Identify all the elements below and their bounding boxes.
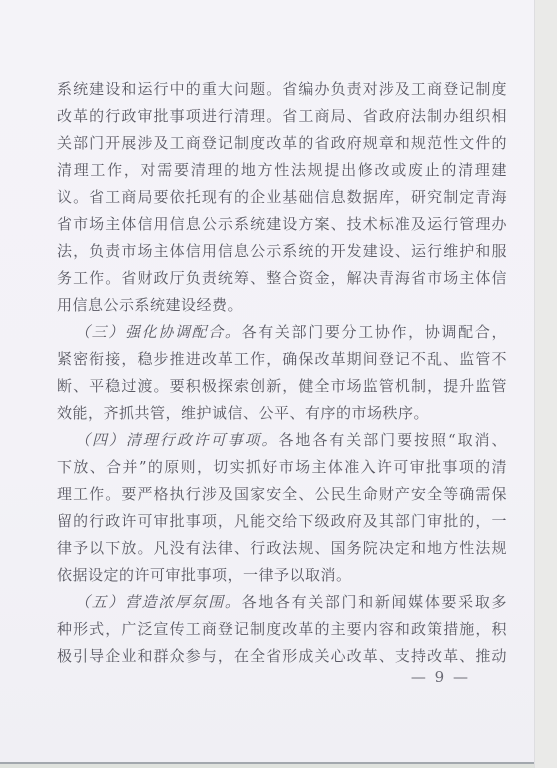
- section-text: 各地各有关部门要按照“取消、: [278, 431, 507, 449]
- section-heading: （三）强化协调配合。: [75, 323, 242, 341]
- text-line: （三）强化协调配合。各有关部门要分工协作，协调配合，: [57, 319, 507, 346]
- text-line: 留的行政许可审批事项，凡能交给下级政府及其部门审批的，一: [57, 508, 507, 535]
- text-line: 改革的行政审批事项进行清理。省工商局、省政府法制办组织相: [57, 103, 507, 130]
- paragraph-section-3: （三）强化协调配合。各有关部门要分工协作，协调配合， 紧密衔接，稳步推进改革工作…: [57, 319, 507, 427]
- text-line: 清理工作，对需要清理的地方性法规提出修改或废止的清理建: [57, 157, 507, 184]
- text-line: 议。省工商局要依托现有的企业基础信息数据库，研究制定青海: [57, 184, 507, 211]
- text-line: 种形式，广泛宣传工商登记制度改革的主要内容和政策措施，积: [57, 616, 507, 643]
- text-line: 效能，齐抓共管，维护诚信、公平、有序的市场秩序。: [57, 400, 507, 427]
- text-line: （四）清理行政许可事项。各地各有关部门要按照“取消、: [57, 427, 507, 454]
- text-line: 依据设定的许可审批事项，一律予以取消。: [57, 562, 507, 589]
- section-text: 各有关部门要分工协作，协调配合，: [242, 323, 507, 341]
- section-heading: （五）营造浓厚氛围。: [75, 593, 242, 611]
- document-text: 系统建设和运行中的重大问题。省编办负责对涉及工商登记制度 改革的行政审批事项进行…: [57, 76, 507, 670]
- page-number: — 9 —: [0, 668, 534, 686]
- text-line: 用信息公示系统建设经费。: [57, 292, 507, 319]
- scanner-background-right: [534, 0, 557, 768]
- text-line: 省市场主体信用信息公示系统建设方案、技术标准及运行管理办: [57, 211, 507, 238]
- text-line: 极引导企业和群众参与，在全省形成关心改革、支持改革、推动: [57, 643, 507, 670]
- paragraph-continuation: 系统建设和运行中的重大问题。省编办负责对涉及工商登记制度 改革的行政审批事项进行…: [57, 76, 507, 319]
- section-heading: （四）清理行政许可事项。: [75, 431, 278, 449]
- text-line: 断、平稳过渡。要积极探索创新，健全市场监管机制，提升监管: [57, 373, 507, 400]
- paper-page: 系统建设和运行中的重大问题。省编办负责对涉及工商登记制度 改革的行政审批事项进行…: [0, 0, 534, 762]
- text-line: 下放、合并”的原则，切实抓好市场主体准入许可审批事项的清: [57, 454, 507, 481]
- text-line: 紧密衔接，稳步推进改革工作，确保改革期间登记不乱、监管不: [57, 346, 507, 373]
- text-line: 系统建设和运行中的重大问题。省编办负责对涉及工商登记制度: [57, 76, 507, 103]
- paragraph-section-5: （五）营造浓厚氛围。各地各有关部门和新闻媒体要采取多 种形式，广泛宣传工商登记制…: [57, 589, 507, 670]
- text-line: 务工作。省财政厅负责统筹、整合资金，解决青海省市场主体信: [57, 265, 507, 292]
- scanned-document-page: { "colors": { "paper": "#f4f3f8", "scann…: [0, 0, 557, 768]
- section-text: 各地各有关部门和新闻媒体要采取多: [242, 593, 507, 611]
- text-line: 理工作。要严格执行涉及国家安全、公民生命财产安全等确需保: [57, 481, 507, 508]
- text-line: 律予以下放。凡没有法律、行政法规、国务院决定和地方性法规: [57, 535, 507, 562]
- paragraph-section-4: （四）清理行政许可事项。各地各有关部门要按照“取消、 下放、合并”的原则，切实抓…: [57, 427, 507, 589]
- text-line: （五）营造浓厚氛围。各地各有关部门和新闻媒体要采取多: [57, 589, 507, 616]
- text-line: 法，负责市场主体信用信息公示系统的开发建设、运行维护和服: [57, 238, 507, 265]
- text-line: 关部门开展涉及工商登记制度改革的省政府规章和规范性文件的: [57, 130, 507, 157]
